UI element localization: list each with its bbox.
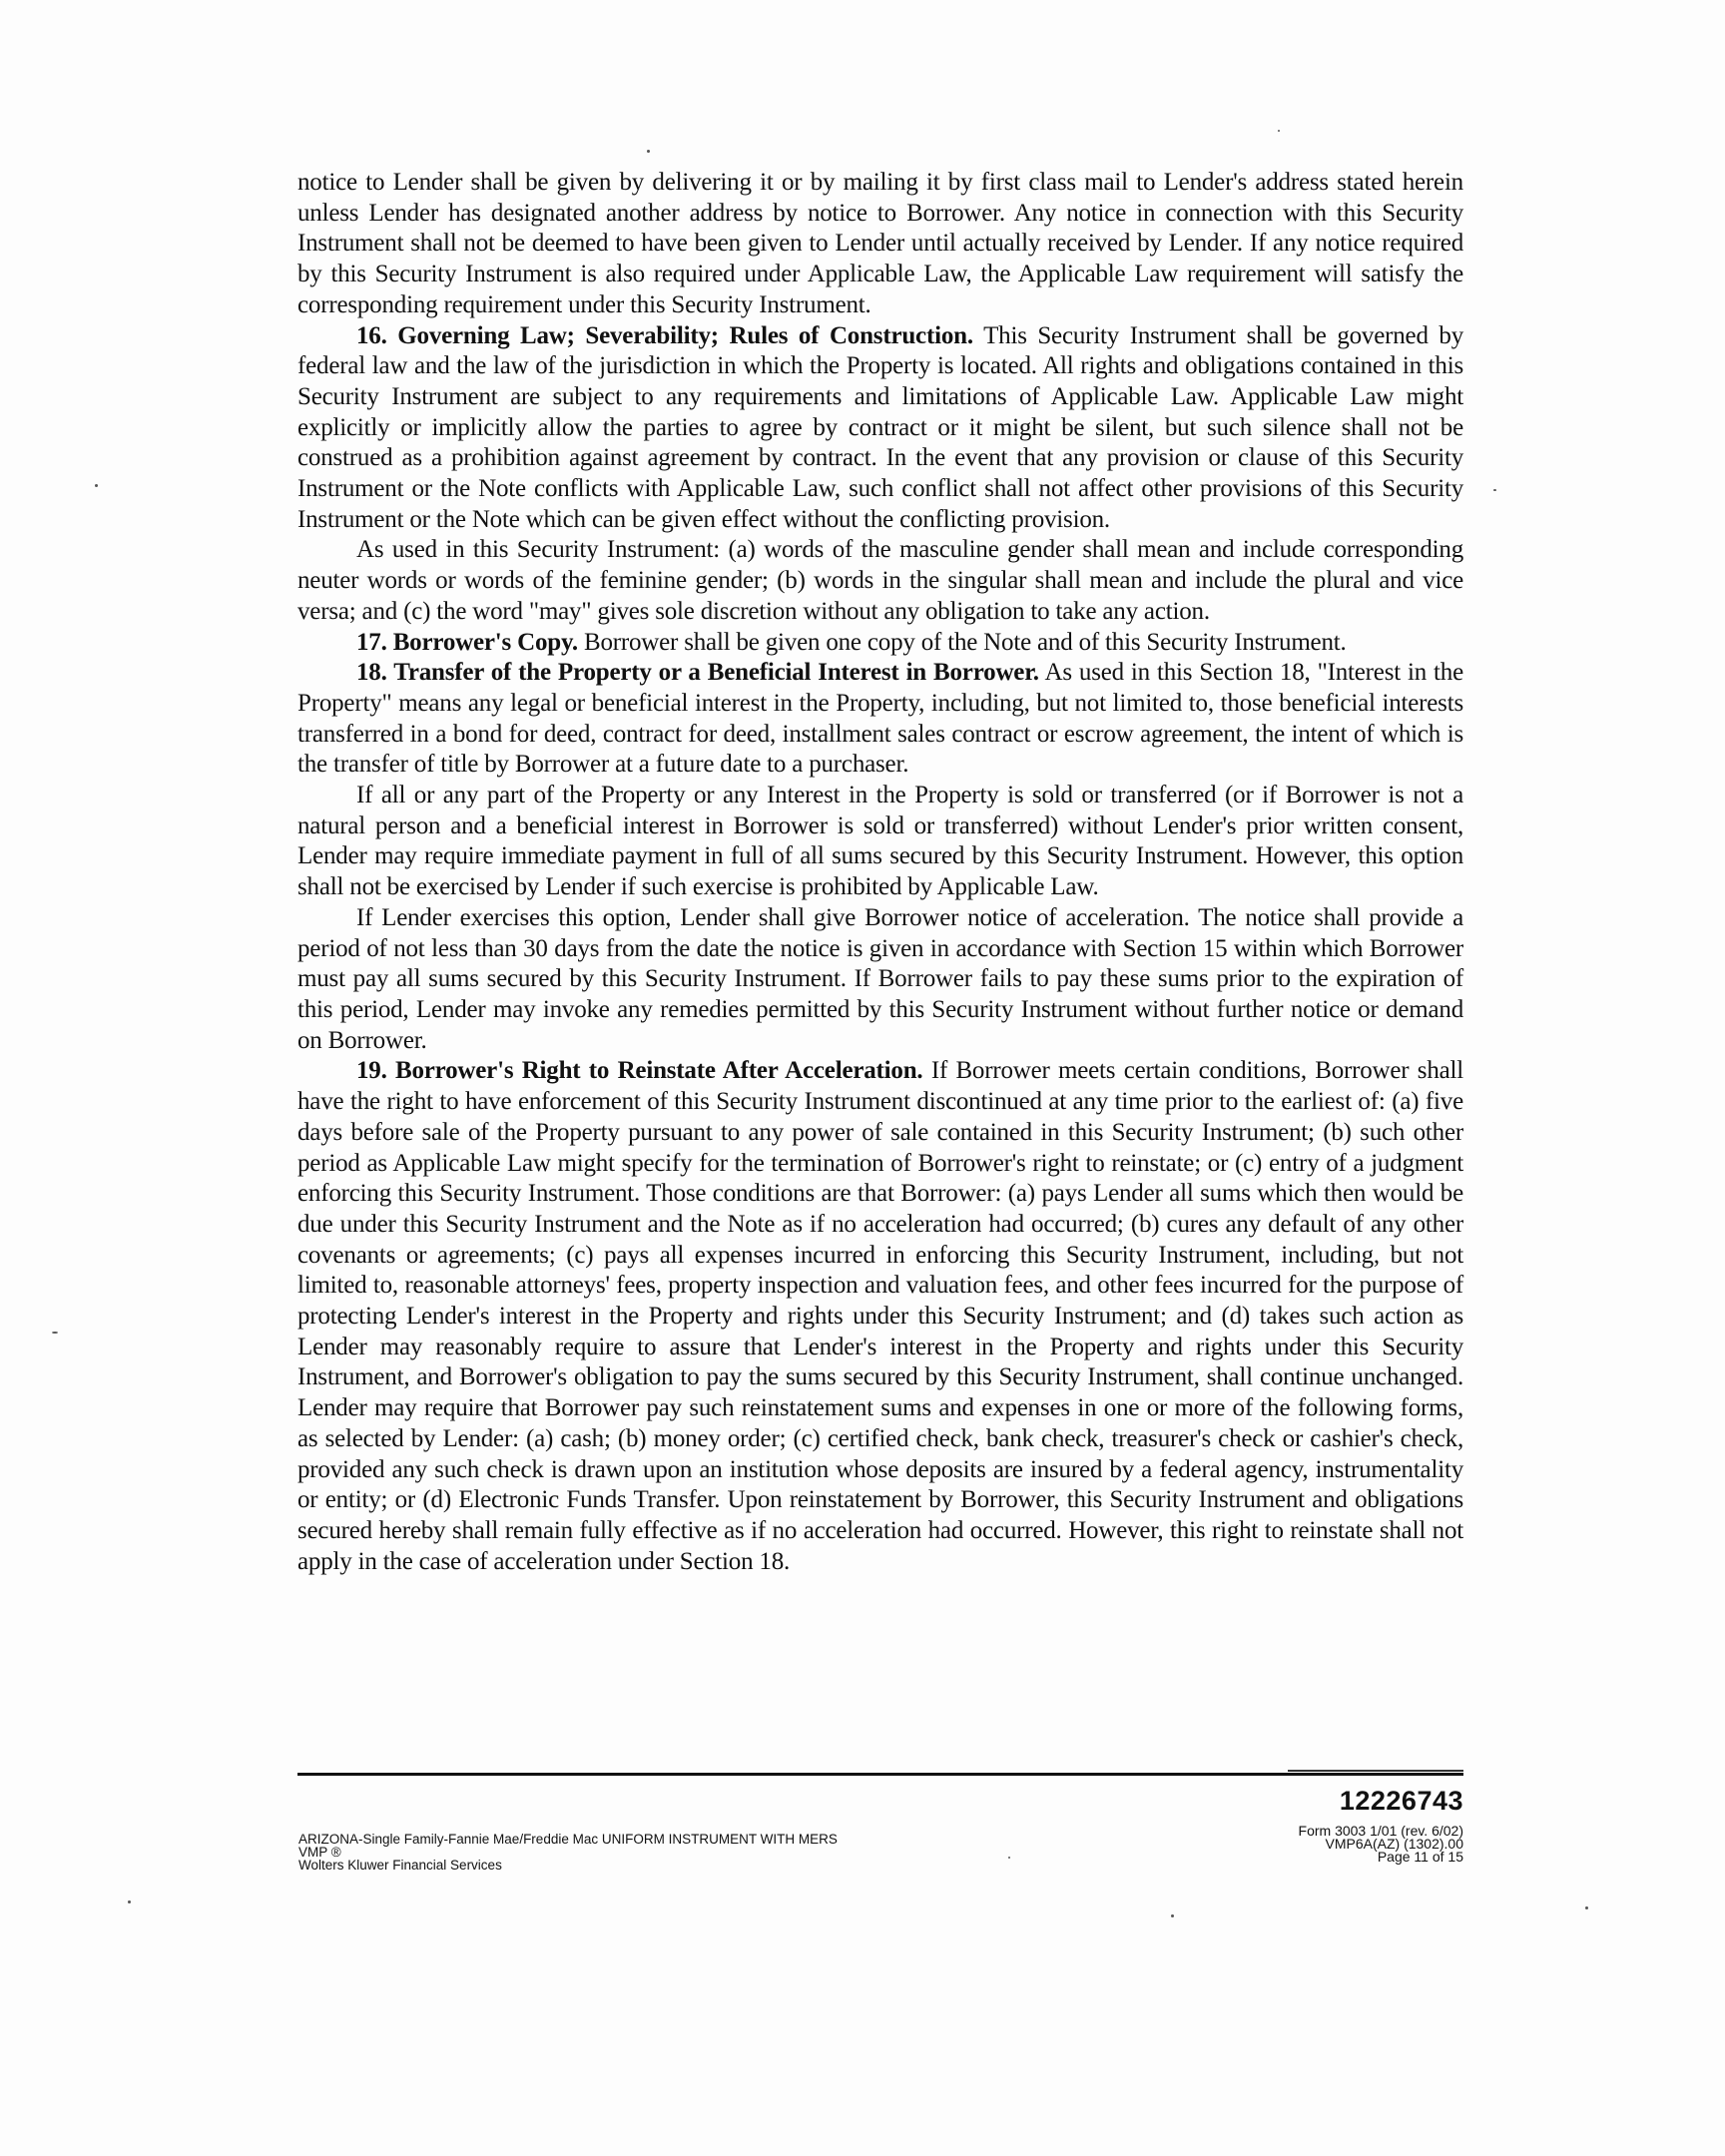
scan-speck — [1008, 1857, 1010, 1859]
paragraph-section-19: 19. Borrower's Right to Reinstate After … — [297, 1056, 1463, 1577]
paragraph-text: As used in this Security Instrument: (a)… — [297, 536, 1463, 624]
paragraph-section-18-transfer: If all or any part of the Property or an… — [297, 781, 1463, 903]
document-page: notice to Lender shall be given by deliv… — [0, 0, 1725, 2156]
section-heading-19: 19. Borrower's Right to Reinstate After … — [356, 1057, 922, 1084]
scan-speck — [1493, 489, 1496, 491]
footer-divider-accent — [1288, 1770, 1463, 1772]
paragraph-text: This Security Instrument shall be govern… — [297, 322, 1463, 533]
footer-right: Form 3003 1/01 (rev. 6/02) VMP6A(AZ) (13… — [1299, 1825, 1463, 1864]
paragraph-text: Borrower shall be given one copy of the … — [578, 629, 1347, 656]
scan-speck — [1278, 130, 1280, 132]
form-title: ARIZONA-Single Family-Fannie Mae/Freddie… — [298, 1833, 838, 1846]
section-heading-18: 18. Transfer of the Property or a Benefi… — [356, 659, 1039, 686]
page-number: Page 11 of 15 — [1299, 1851, 1463, 1864]
scan-speck — [1171, 1914, 1174, 1917]
paragraph-section-15-continued: notice to Lender shall be given by deliv… — [297, 168, 1463, 321]
paragraph-section-16-usage: As used in this Security Instrument: (a)… — [297, 535, 1463, 627]
paragraph-text: If Borrower meets certain conditions, Bo… — [297, 1057, 1463, 1574]
scan-speck — [95, 484, 98, 487]
scan-speck — [128, 1900, 131, 1903]
footer-left: ARIZONA-Single Family-Fannie Mae/Freddie… — [298, 1833, 838, 1872]
publisher: Wolters Kluwer Financial Services — [298, 1859, 838, 1872]
footer-divider — [297, 1773, 1463, 1776]
section-heading-16: 16. Governing Law; Severability; Rules o… — [356, 322, 973, 349]
scan-speck — [647, 150, 650, 153]
paragraph-section-16: 16. Governing Law; Severability; Rules o… — [297, 321, 1463, 536]
paragraph-text: If all or any part of the Property or an… — [297, 782, 1463, 900]
paragraph-text: notice to Lender shall be given by deliv… — [297, 169, 1463, 318]
document-number: 12226743 — [1340, 1786, 1463, 1817]
paragraph-section-18-acceleration: If Lender exercises this option, Lender … — [297, 903, 1463, 1057]
paragraph-section-18: 18. Transfer of the Property or a Benefi… — [297, 658, 1463, 781]
scan-speck — [52, 1332, 58, 1334]
scan-speck — [1585, 1906, 1588, 1909]
document-body: notice to Lender shall be given by deliv… — [297, 168, 1463, 1577]
paragraph-section-17: 17. Borrower's Copy. Borrower shall be g… — [297, 628, 1463, 659]
section-heading-17: 17. Borrower's Copy. — [356, 629, 578, 656]
paragraph-text: If Lender exercises this option, Lender … — [297, 904, 1463, 1054]
